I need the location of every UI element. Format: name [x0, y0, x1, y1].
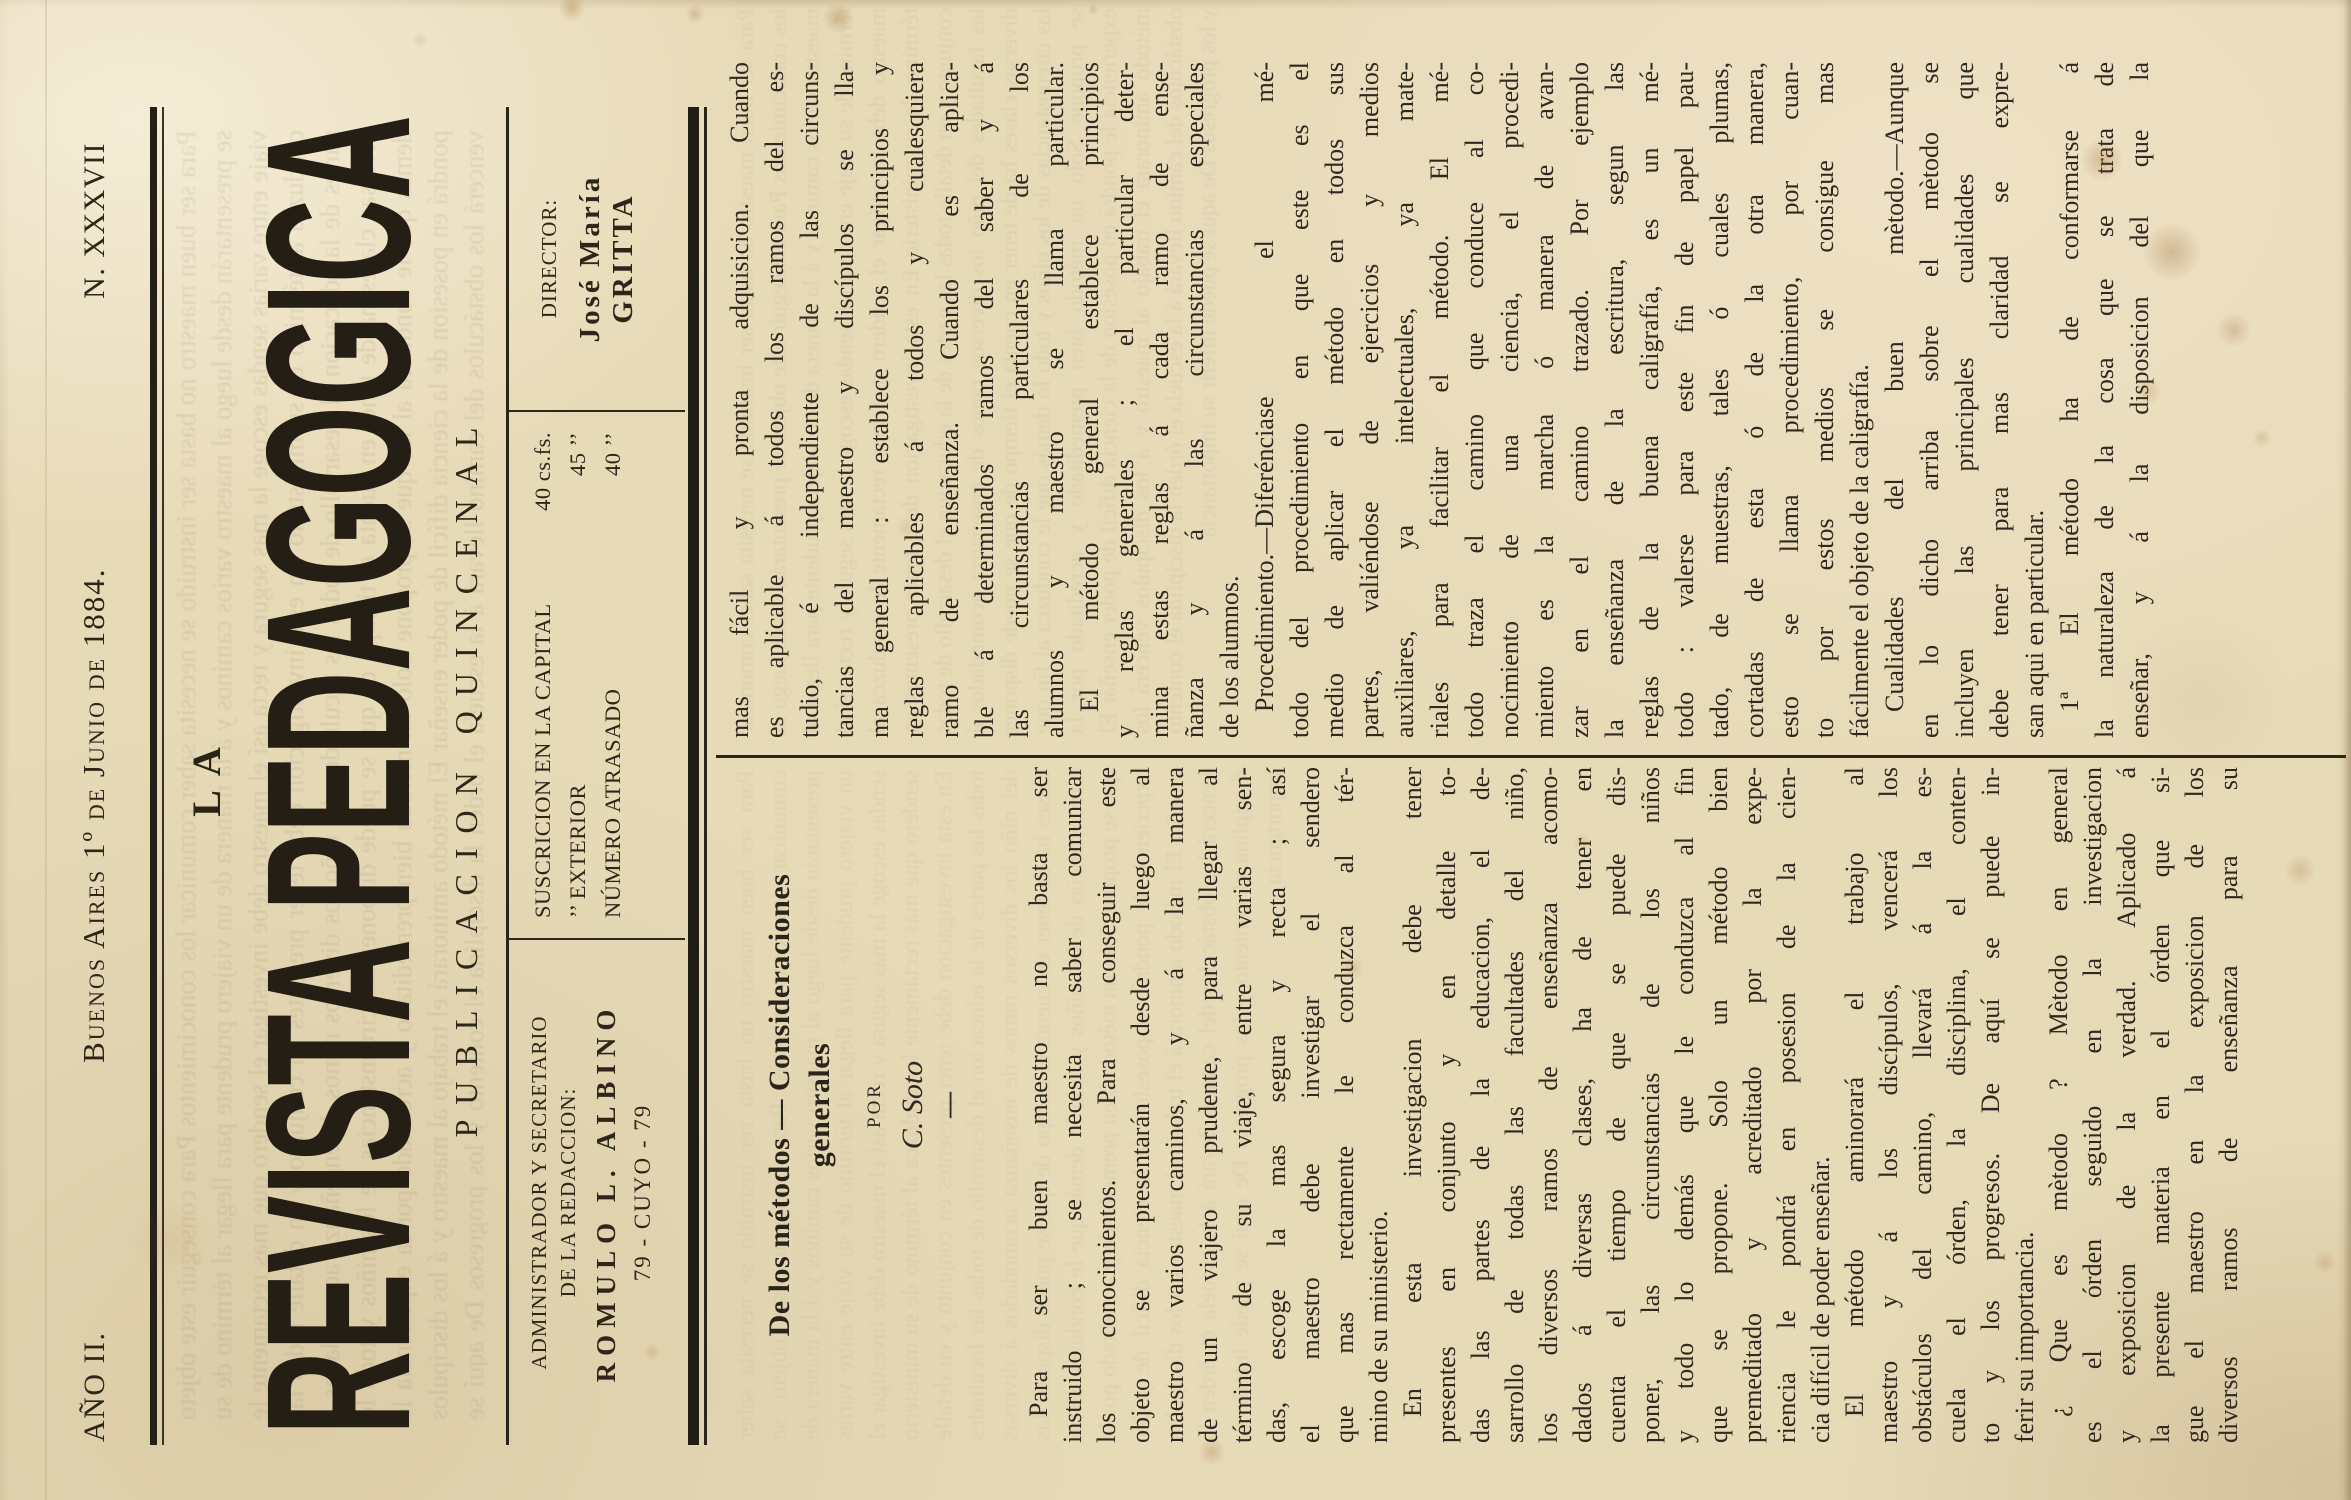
text-line: alumnos y maestro se llama particular. — [1037, 62, 1072, 738]
subscription-value: 40 cs.fs. — [525, 432, 560, 511]
text-line: El método general establece principios — [1072, 62, 1107, 738]
text-line: ferir su importancia. — [2008, 767, 2042, 1443]
administrator-address: 79 - CUYO - 79 — [630, 940, 656, 1445]
director-block: DIRECTOR: José María GRITTA — [509, 107, 685, 410]
info-box: ADMINISTRADOR Y SECRETARIO DE LA REDACCI… — [509, 107, 685, 1445]
article-title-line1: De los métodos — Consideraciones — [760, 767, 800, 1443]
text-line: 1ª El método ha de conformarse á — [2052, 62, 2087, 738]
text-line: que mas rectamente le conduzca al tér- — [1328, 767, 1362, 1443]
subscription-value: 40 ’’ — [595, 432, 630, 476]
text-line: ¿ Que es mètodo ? Mètodo en general — [2042, 767, 2076, 1443]
text-line: ma general : establece los principios y — [862, 62, 897, 738]
text-line: es el órden seguido en la investigacion — [2076, 767, 2110, 1443]
text-line: mino de su ministerio. — [1362, 767, 1396, 1443]
scanned-periodical-page: { "header": { "ano": "AÑO II.", "place_d… — [0, 0, 2351, 1500]
text-line: que se propone. Solo un método bien — [1702, 767, 1736, 1443]
text-line: poner, las circunstancias de los niños — [1634, 767, 1668, 1443]
director-label: DIRECTOR: — [535, 107, 564, 410]
text-line: ble á determinados ramos del saber y á — [967, 62, 1002, 738]
text-line: maestro varios caminos, y á la manera — [1158, 767, 1192, 1443]
text-line: maestro y á los discípulos, vencerá los — [1872, 767, 1906, 1443]
text-line: reglas de la buena caligrafía, es un mé- — [1632, 62, 1667, 738]
text-line: cortadas de esta ó de la otra manera, — [1737, 62, 1772, 738]
subscription-row: NÚMERO ATRASADO40 ’’ — [595, 432, 630, 918]
director-name: José María GRITTA — [574, 107, 640, 410]
text-line: todo traza el camino que conduce al co- — [1457, 62, 1492, 738]
text-line: mina estas reglas á cada ramo de ense- — [1142, 62, 1177, 738]
text-line: todo del procedimiento en que este es el — [1282, 62, 1317, 738]
text-line: En esta investigacion debe tener — [1396, 767, 1430, 1443]
text-line: los conocimientos. Para conseguir este — [1090, 767, 1124, 1443]
text-line: instruido ; se necesita saber comunicar — [1056, 767, 1090, 1443]
text-line: tudio, é independiente de las circuns- — [792, 62, 827, 738]
subscription-label: SUSCRICION EN LA CAPITAL — [525, 603, 560, 918]
article-right-column: mas fácil y pronta adquisicion. Cuandoes… — [722, 62, 2157, 738]
edition-place-date: Buenos Aires 1º de Junio de 1884. — [76, 567, 112, 1062]
text-line: ramo de enseñanza. Cuando es aplica- — [932, 62, 967, 738]
text-line: Procedimiento.—Diferénciase el mé- — [1247, 62, 1282, 738]
text-line: fácilmente el objeto de la caligrafía. — [1842, 62, 1877, 738]
text-line: premeditado y acreditado por la expe- — [1736, 767, 1770, 1443]
subscription-label: ’’ EXTERIOR — [560, 784, 595, 918]
rotated-page: Para ser buen maestro no basta ser instr… — [0, 0, 2351, 1500]
paper-crease — [45, 0, 47, 1500]
text-line: cuela el órden, la disciplina, el conten… — [1940, 767, 1974, 1443]
administrator-block: ADMINISTRADOR Y SECRETARIO DE LA REDACCI… — [509, 940, 685, 1445]
subscription-label: NÚMERO ATRASADO — [595, 689, 630, 918]
text-line: cuenta el tiempo de que se puede dis- — [1600, 767, 1634, 1443]
text-line: y todo lo demás que le conduzca al fin — [1668, 767, 1702, 1443]
masthead-title-text: REVISTA PEDAGOGICA — [226, 115, 436, 1435]
text-line: objeto se presentarán desde luego al — [1124, 767, 1158, 1443]
text-line: sarrollo de todas las facultades del niñ… — [1498, 767, 1532, 1443]
text-line: ñanza y á las circunstancias especiales — [1177, 62, 1212, 738]
article-author: C. Soto — [896, 767, 930, 1443]
administrator-line1: ADMINISTRADOR Y SECRETARIO — [525, 940, 554, 1445]
text-line: en lo dicho arriba sobre el mètodo se — [1912, 62, 1947, 738]
text-line: obstáculos del camino, llevará á la es- — [1906, 767, 1940, 1443]
text-line: riales para facilitar el método. El mé- — [1422, 62, 1457, 738]
text-line: auxiliares, ya intelectuales, ya mate- — [1387, 62, 1422, 738]
header-double-rule — [150, 107, 164, 1445]
article-dash: — — [932, 767, 966, 1443]
text-line: presentes en conjunto y en detalle to- — [1430, 767, 1464, 1443]
text-line: gue el maestro en la exposicion de los — [2178, 767, 2212, 1443]
text-line: la presente materia en el órden que si- — [2144, 767, 2178, 1443]
text-line: diversos ramos de enseñanza para su — [2212, 767, 2246, 1443]
text-line: miento es la marcha ó manera de avan- — [1527, 62, 1562, 738]
text-line: término de su viaje, entre varias sen- — [1226, 767, 1260, 1443]
text-line: to por estos medios se consigue mas — [1807, 62, 1842, 738]
text-line: esto se llama procedimiento, por cuan- — [1772, 62, 1807, 738]
text-line: la naturaleza de la cosa que se trata de — [2087, 62, 2122, 738]
text-line: tancias del maestro y discípulos se lla- — [827, 62, 862, 738]
text-line: zar en el camino trazado. Por ejemplo — [1562, 62, 1597, 738]
text-line: das, escoge la mas segura y recta ; así — [1260, 767, 1294, 1443]
text-line: las circunstancias particulares de los — [1002, 62, 1037, 738]
text-line: enseñar, y á la disposicion del que la — [2122, 62, 2157, 738]
text-line: de un viajero prudente, para llegar al — [1192, 767, 1226, 1443]
masthead-subtitle: PUBLICACION QUINCENAL — [448, 50, 485, 1500]
column-divider-rule — [716, 755, 2346, 758]
administrator-name: ROMULO L. ALBINO — [591, 940, 622, 1445]
text-line: san aqui en particular. — [2017, 62, 2052, 738]
text-line: cia difícil de poder enseñar. — [1804, 767, 1838, 1443]
text-line: Para ser buen maestro no basta ser — [1022, 767, 1056, 1443]
text-line: dados á diversas clases, ha de tener en — [1566, 767, 1600, 1443]
left-column-body: Para ser buen maestro no basta serinstru… — [1022, 767, 2246, 1443]
text-line: la enseñanza de la escritura, segun las — [1597, 62, 1632, 738]
subscription-value: 45 ’’ — [560, 432, 595, 476]
text-line: Cualidades del buen mètodo.—Aunque — [1877, 62, 1912, 738]
edition-header: AÑO II. Buenos Aires 1º de Junio de 1884… — [76, 142, 112, 1442]
text-line: de los alumnos. — [1212, 62, 1247, 738]
text-line: riencia le pondrá en posesion de la cien… — [1770, 767, 1804, 1443]
article-title-line2: generales — [800, 767, 840, 1443]
administrator-line2: DE LA REDACCION: — [554, 940, 583, 1445]
edition-year: AÑO II. — [78, 1332, 112, 1442]
subscription-block: SUSCRICION EN LA CAPITAL40 cs.fs.’’ EXTE… — [509, 410, 685, 940]
text-line: incluyen las principales cualidades que — [1947, 62, 1982, 738]
infobox-bottom-double-rule — [688, 107, 707, 1445]
text-line: mas fácil y pronta adquisicion. Cuando — [722, 62, 757, 738]
text-line: partes, valiéndose de ejercicios y medio… — [1352, 62, 1387, 738]
subscription-row: SUSCRICION EN LA CAPITAL40 cs.fs. — [525, 432, 560, 918]
text-line: das las partes de la educacion, el de- — [1464, 767, 1498, 1443]
subscription-row: ’’ EXTERIOR45 ’’ — [560, 432, 595, 918]
text-line: tado, de muestras, tales ó cuales plumas… — [1702, 62, 1737, 738]
text-line: el maestro debe investigar el sendero — [1294, 767, 1328, 1443]
article-left-column: De los métodos — Consideraciones general… — [722, 767, 2246, 1443]
text-line: todo : valerse para este fin de papel pa… — [1667, 62, 1702, 738]
edition-number: N. XXXVII — [78, 142, 112, 299]
text-line: debe tener para mas claridad se expre- — [1982, 62, 2017, 738]
text-line: y exposicion de la verdad. Aplicado á — [2110, 767, 2144, 1443]
text-line: los diversos ramos de enseñanza acomo- — [1532, 767, 1566, 1443]
article-byline-por: POR — [858, 767, 892, 1443]
text-line: es aplicable á todos los ramos del es- — [757, 62, 792, 738]
text-line: to y los progresos. De aquí se puede in- — [1974, 767, 2008, 1443]
text-line: reglas aplicables á todos y cualesquiera — [897, 62, 932, 738]
text-line: El método aminorará el trabajo al — [1838, 767, 1872, 1443]
text-line: y reglas generales ; el particular deter… — [1107, 62, 1142, 738]
masthead-title: REVISTA PEDAGOGICA — [226, 105, 436, 1445]
text-line: medio de aplicar el método en todos sus — [1317, 62, 1352, 738]
text-line: nocimiento de una ciencia, el procedi- — [1492, 62, 1527, 738]
masthead-la: LA — [183, 50, 230, 1500]
page-edge-shadow — [2343, 0, 2351, 1500]
